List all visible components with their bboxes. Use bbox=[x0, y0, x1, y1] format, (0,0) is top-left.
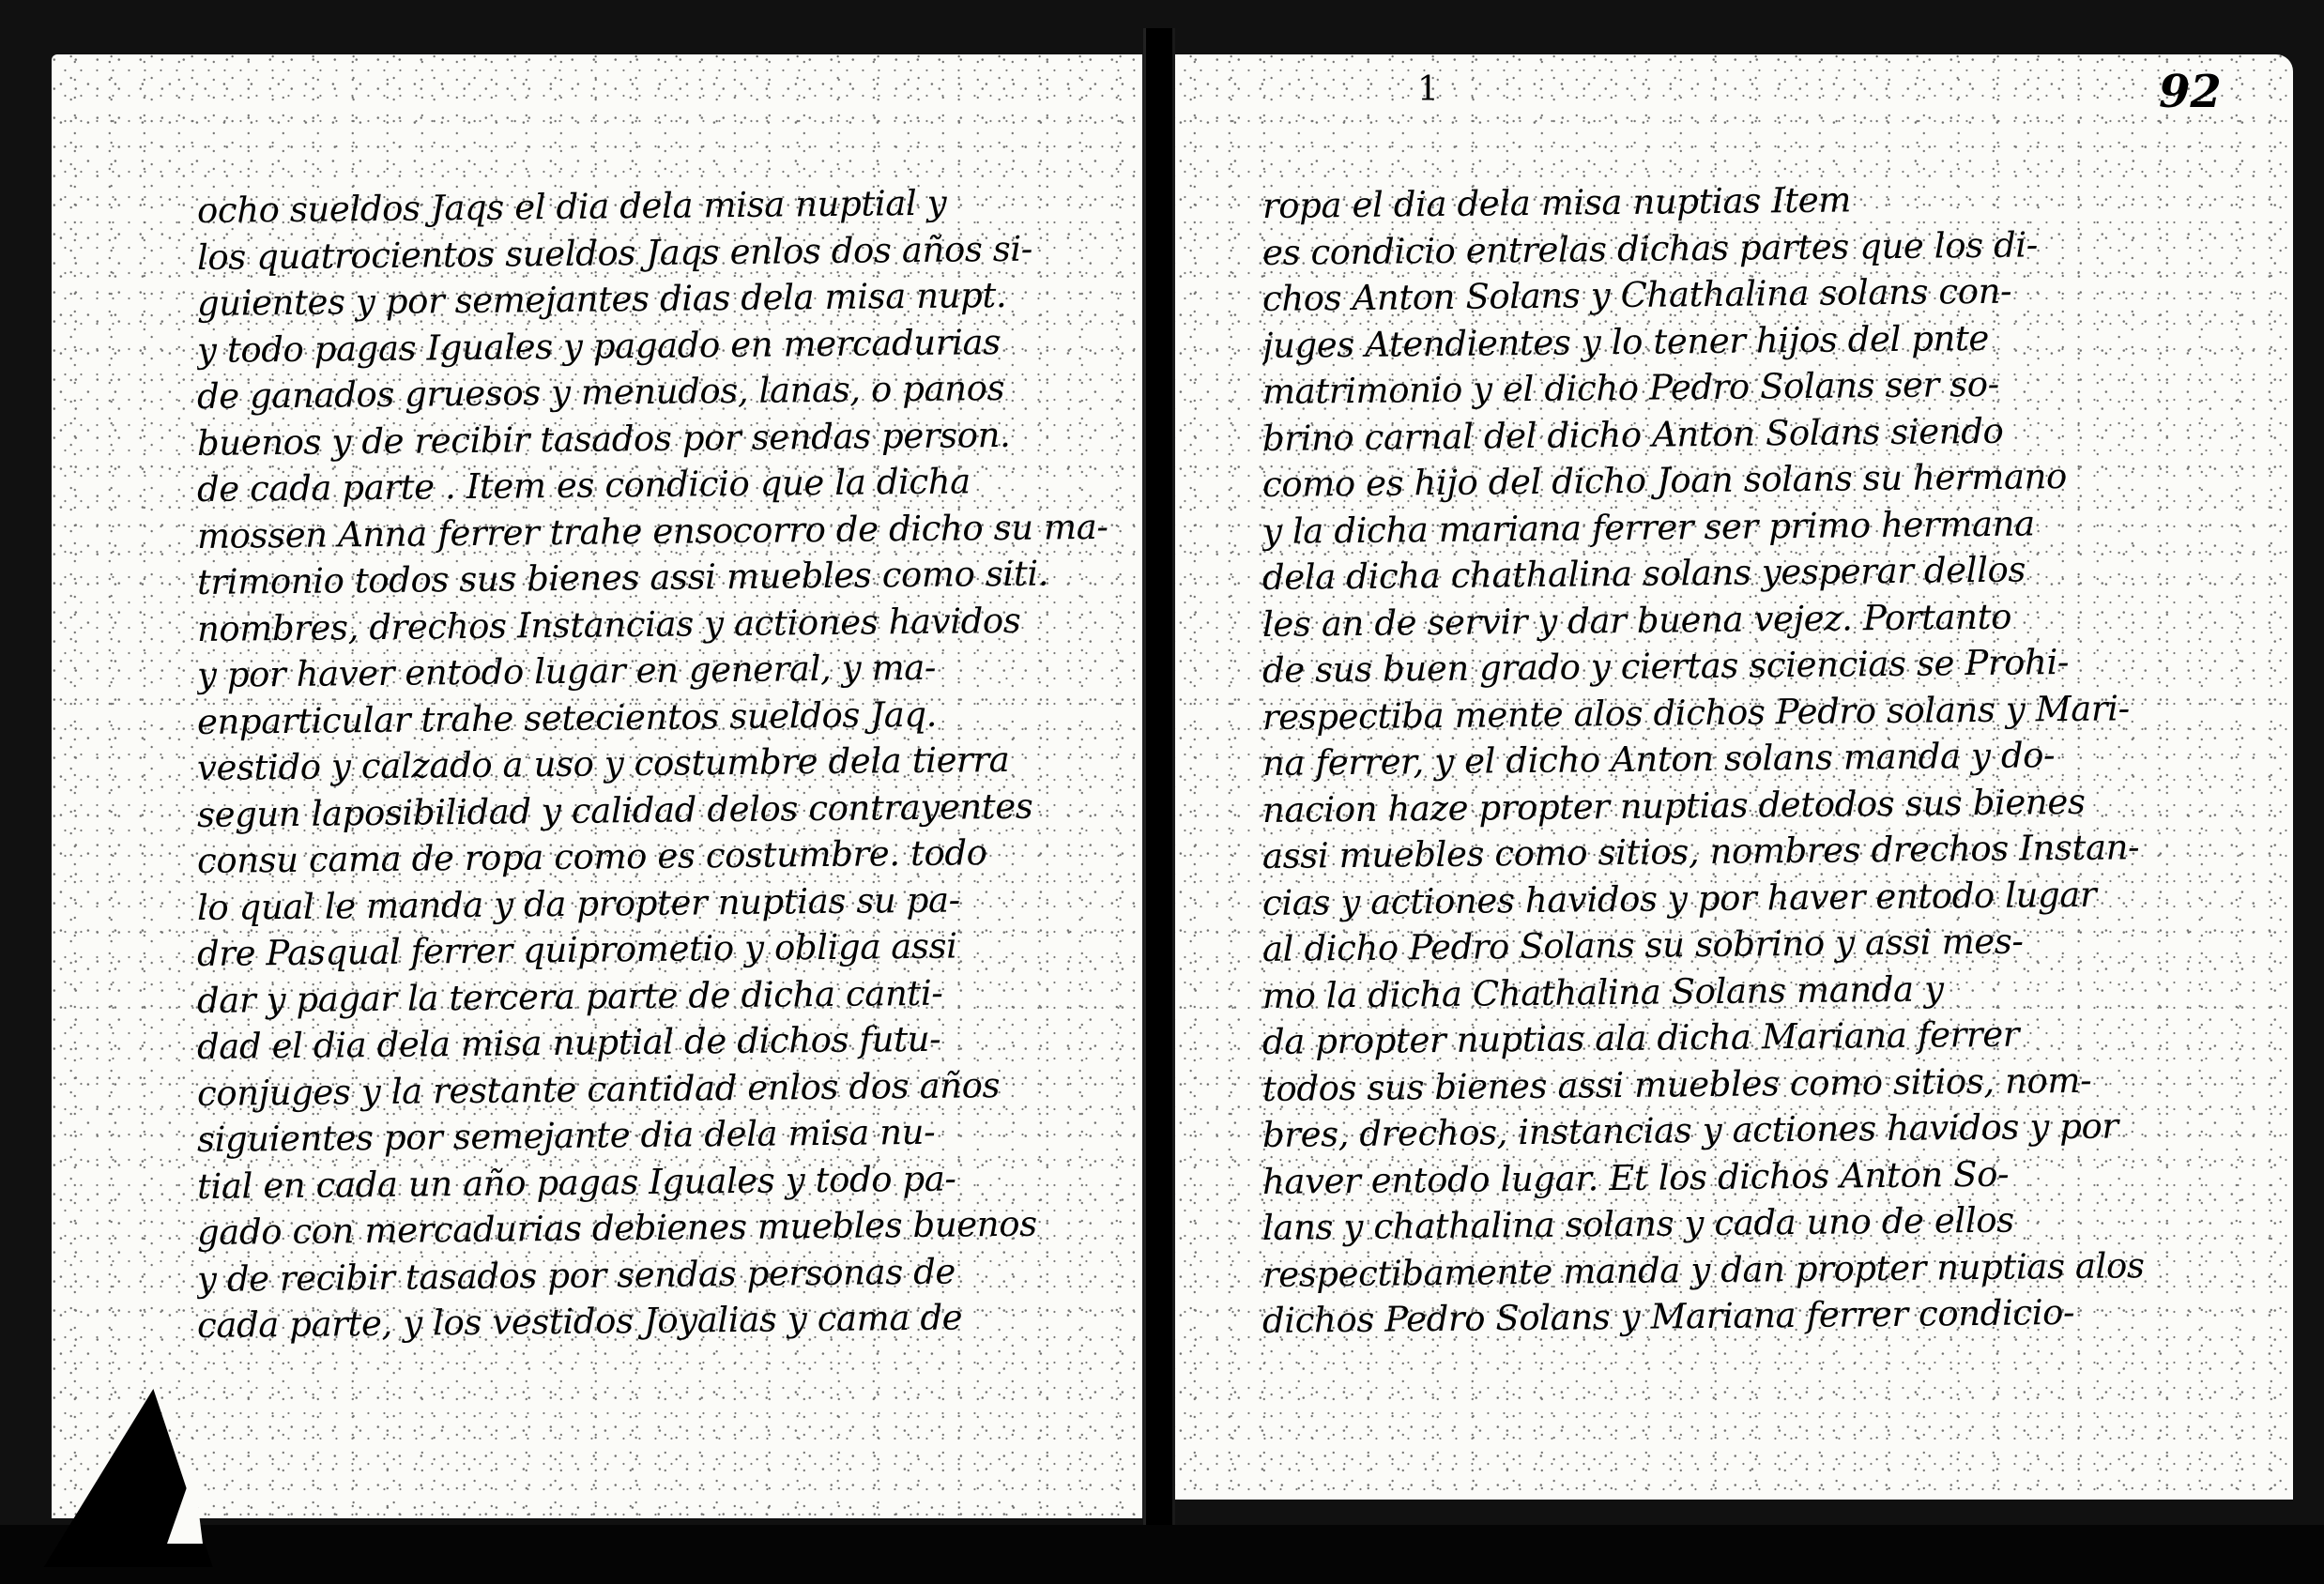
book-gutter bbox=[1143, 28, 1175, 1584]
dark-corner-artifact bbox=[44, 1389, 238, 1567]
left-page-text: ocho sueldos Jaqs el dia dela misa nupti… bbox=[197, 188, 1145, 1349]
text-line: cada parte, y los vestidos Joyalias y ca… bbox=[197, 1292, 1145, 1348]
corner-artifact-gap bbox=[167, 1469, 203, 1544]
top-mark: 1 bbox=[1417, 70, 1439, 109]
text-line: dichos Pedro Solans y Mariana ferrer con… bbox=[1262, 1287, 2323, 1344]
right-page-text: ropa el dia dela misa nuptias Item es co… bbox=[1262, 183, 2323, 1345]
bottom-edge-shadow bbox=[0, 1525, 2324, 1584]
manuscript-scan: 1 92 ocho sueldos Jaqs el dia dela misa … bbox=[0, 0, 2324, 1584]
folio-number: 92 bbox=[2159, 66, 2222, 118]
